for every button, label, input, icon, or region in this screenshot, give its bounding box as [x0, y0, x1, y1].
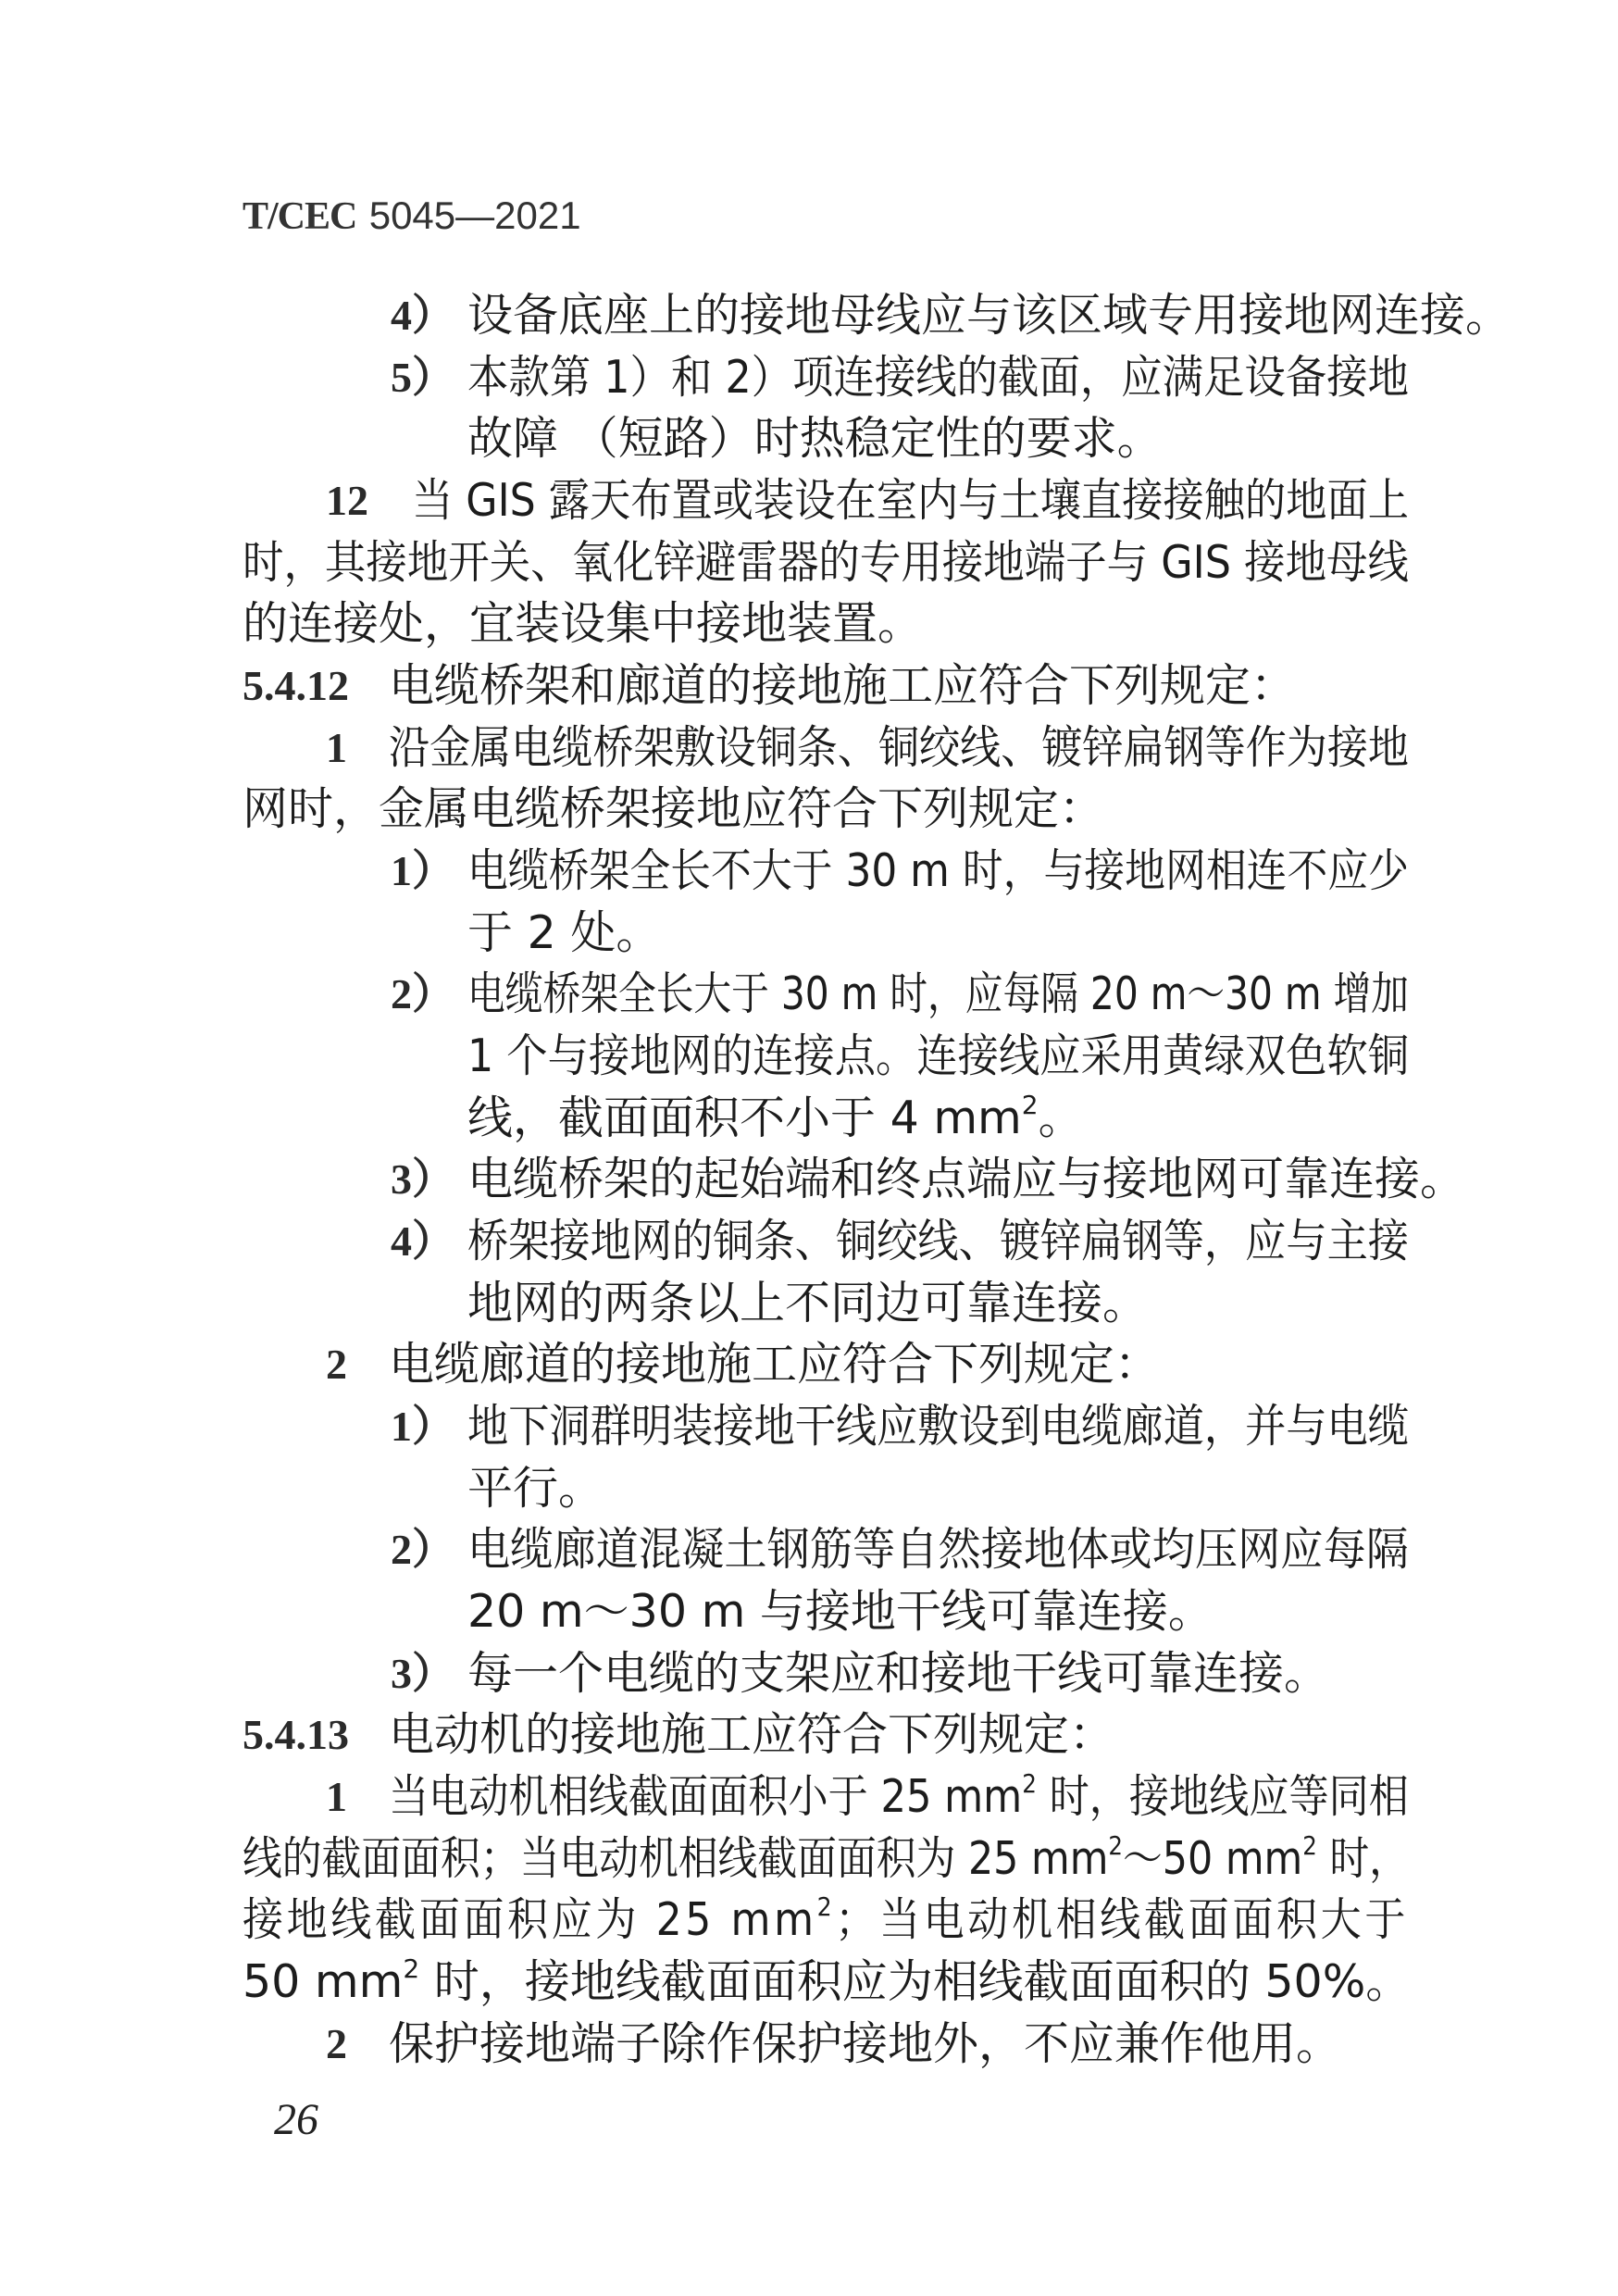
sub-item-4: 4） 桥架接地网的铜条、铜绞线、镀锌扁钢等，应与主接 [0, 1210, 1618, 1272]
continuation-line: 于 2 处。 [0, 902, 1618, 964]
item-marker: 3） [391, 1642, 454, 1704]
superscript: 2 [1022, 1090, 1039, 1120]
clause-text: 时，其接地开关、氧化锌避雷器的专用接地端子与 GIS 接地母线 [243, 531, 1409, 593]
continuation-line: 网时，金属电缆桥架接地应符合下列规定： [0, 778, 1618, 840]
standard-prefix: T/CEC [243, 195, 356, 238]
item-marker: 1） [391, 840, 454, 902]
clause-text: 接地线截面面积应为 25 mm2；当电动机相线截面面积大于 [243, 1889, 1409, 1951]
section-5-4-12: 5.4.12 电缆桥架和廊道的接地施工应符合下列规定： [0, 655, 1618, 717]
clause-number: 2 [326, 2013, 347, 2075]
text-segment: 时，接地线应等同相 [1037, 1770, 1409, 1823]
item-text: 电缆桥架全长不大于 30 m 时，与接地网相连不应少 [467, 840, 1409, 902]
clause-text: 电缆廊道的接地施工应符合下列规定： [389, 1333, 1160, 1395]
item-marker: 3） [391, 1148, 454, 1210]
continuation-line: 线的截面面积；当电动机相线截面面积为 25 mm2～50 mm2 时， [0, 1828, 1618, 1890]
sub-item-2: 2） 电缆廊道混凝土钢筋等自然接地体或均压网应每隔 [0, 1518, 1618, 1580]
text-segment: 当电动机相线截面面积小于 25 mm [389, 1770, 1022, 1823]
clause-text: 50 mm2 时，接地线截面面积应为相线截面面积的 50%。 [243, 1951, 1411, 2013]
sub-item-3: 3） 每一个电缆的支架应和接地干线可靠连接。 [0, 1642, 1618, 1704]
superscript: 2 [403, 1953, 419, 1984]
section-text: 电动机的接地施工应符合下列规定： [389, 1703, 1114, 1766]
section-5-4-13: 5.4.13 电动机的接地施工应符合下列规定： [0, 1703, 1618, 1766]
standard-code-header: T/CEC 5045—2021 [243, 193, 581, 240]
item-marker: 5） [391, 346, 454, 408]
item-text: 桥架接地网的铜条、铜绞线、镀锌扁钢等，应与主接 [467, 1210, 1409, 1272]
clause-number: 2 [326, 1333, 347, 1395]
continuation-line: 20 m～30 m 与接地干线可靠连接。 [0, 1580, 1618, 1642]
item-text: 平行。 [467, 1457, 604, 1519]
item-text: 电缆桥架的起始端和终点端应与接地网可靠连接。 [467, 1148, 1465, 1210]
page-number: 26 [274, 2094, 318, 2145]
clause-number: 1 [326, 717, 347, 779]
item-text: 20 m～30 m 与接地干线可靠连接。 [467, 1580, 1213, 1642]
clause-text: 的连接处，宜装设集中接地装置。 [243, 593, 923, 655]
item-text: 电缆桥架全长大于 30 m 时，应每隔 20 m～30 m 增加 [467, 963, 1409, 1025]
text-segment: 线的截面面积；当电动机相线截面面积为 25 mm [243, 1832, 1108, 1885]
clause-text: 沿金属电缆桥架敷设铜条、铜绞线、镀锌扁钢等作为接地 [389, 717, 1409, 779]
continuation-line: 平行。 [0, 1457, 1618, 1519]
item-text: 故障 （短路）时热稳定性的要求。 [467, 407, 1163, 469]
text-segment: 。 [1039, 1092, 1084, 1144]
item-marker: 4） [391, 1210, 454, 1272]
continuation-line: 50 mm2 时，接地线截面面积应为相线截面面积的 50%。 [0, 1951, 1618, 2013]
continuation-line: 接地线截面面积应为 25 mm2；当电动机相线截面面积大于 [0, 1889, 1618, 1951]
superscript: 2 [1302, 1830, 1317, 1861]
text-segment: 线，截面面积不小于 4 mm [467, 1092, 1022, 1144]
continuation-line: 的连接处，宜装设集中接地装置。 [0, 593, 1618, 655]
item-text: 于 2 处。 [467, 902, 661, 964]
continuation-line: 时，其接地开关、氧化锌避雷器的专用接地端子与 GIS 接地母线 [0, 531, 1618, 593]
item-text: 本款第 1）和 2）项连接线的截面，应满足设备接地 [467, 346, 1409, 408]
clause-text: 当 GIS 露天布置或装设在室内与土壤直接接触的地面上 [412, 469, 1409, 531]
clause-1: 1 当电动机相线截面面积小于 25 mm2 时，接地线应等同相 [0, 1766, 1618, 1828]
section-number: 5.4.13 [243, 1703, 349, 1766]
text-segment: ；当电动机相线截面面积大于 [835, 1893, 1409, 1946]
clause-text: 当电动机相线截面面积小于 25 mm2 时，接地线应等同相 [389, 1766, 1409, 1828]
sub-item-2: 2） 电缆桥架全长大于 30 m 时，应每隔 20 m～30 m 增加 [0, 963, 1618, 1025]
text-segment: 时， [1317, 1832, 1409, 1885]
clause-1: 1 沿金属电缆桥架敷设铜条、铜绞线、镀锌扁钢等作为接地 [0, 717, 1618, 779]
standard-number: 5045—2021 [369, 193, 581, 237]
sub-item-3: 3） 电缆桥架的起始端和终点端应与接地网可靠连接。 [0, 1148, 1618, 1210]
superscript: 2 [1108, 1830, 1123, 1861]
sub-item-1: 1） 电缆桥架全长不大于 30 m 时，与接地网相连不应少 [0, 840, 1618, 902]
text-segment: 50 mm [243, 1955, 403, 2008]
clause-number: 1 [326, 1766, 347, 1828]
item-text: 电缆廊道混凝土钢筋等自然接地体或均压网应每隔 [467, 1518, 1409, 1580]
item-text: 地网的两条以上不同边可靠连接。 [467, 1272, 1148, 1334]
clause-text: 网时，金属电缆桥架接地应符合下列规定： [243, 778, 1104, 840]
section-text: 电缆桥架和廊道的接地施工应符合下列规定： [389, 655, 1296, 717]
continuation-line: 故障 （短路）时热稳定性的要求。 [0, 407, 1618, 469]
clause-2: 2 电缆廊道的接地施工应符合下列规定： [0, 1333, 1618, 1395]
continuation-line: 地网的两条以上不同边可靠连接。 [0, 1272, 1618, 1334]
text-segment: 接地线截面面积应为 25 mm [243, 1893, 817, 1946]
clause-text: 线的截面面积；当电动机相线截面面积为 25 mm2～50 mm2 时， [243, 1828, 1409, 1890]
item-marker: 4） [391, 284, 454, 346]
sub-item-1: 1） 地下洞群明装接地干线应敷设到电缆廊道，并与电缆 [0, 1395, 1618, 1457]
superscript: 2 [1022, 1768, 1037, 1799]
item-marker: 2） [391, 1518, 454, 1580]
superscript: 2 [817, 1891, 836, 1922]
item-marker: 1） [391, 1395, 454, 1457]
continuation-line: 线，截面面积不小于 4 mm2。 [0, 1087, 1618, 1149]
item-marker: 2） [391, 963, 454, 1025]
clause-text: 保护接地端子除作保护接地外，不应兼作他用。 [389, 2013, 1341, 2075]
item-text: 线，截面面积不小于 4 mm2。 [467, 1087, 1084, 1149]
item-text: 地下洞群明装接地干线应敷设到电缆廊道，并与电缆 [467, 1395, 1409, 1457]
clause-number: 12 [326, 469, 368, 531]
section-number: 5.4.12 [243, 655, 349, 717]
clause-12: 12 当 GIS 露天布置或装设在室内与土壤直接接触的地面上 [0, 469, 1618, 531]
sub-item-4: 4） 设备底座上的接地母线应与该区域专用接地网连接。 [0, 284, 1618, 346]
sub-item-5: 5） 本款第 1）和 2）项连接线的截面，应满足设备接地 [0, 346, 1618, 408]
clause-2: 2 保护接地端子除作保护接地外，不应兼作他用。 [0, 2013, 1618, 2075]
item-text: 每一个电缆的支架应和接地干线可靠连接。 [467, 1642, 1329, 1704]
item-text: 设备底座上的接地母线应与该区域专用接地网连接。 [467, 284, 1511, 346]
text-segment: 时，接地线截面面积应为相线截面面积的 50%。 [419, 1955, 1411, 2008]
continuation-line: 1 个与接地网的连接点。连接线应采用黄绿双色软铜 [0, 1025, 1618, 1087]
text-segment: ～50 mm [1123, 1832, 1302, 1885]
item-text: 1 个与接地网的连接点。连接线应采用黄绿双色软铜 [467, 1025, 1409, 1087]
